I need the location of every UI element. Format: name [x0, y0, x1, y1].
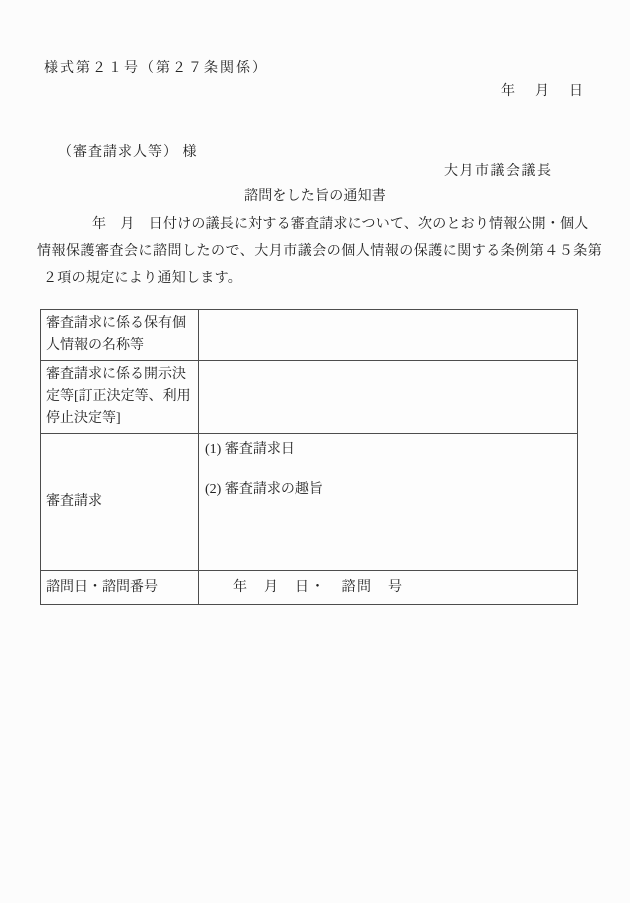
- document-page: 様式第２１号（第２７条関係） 年 月 日 （審査請求人等） 様 大月市議会議長 …: [0, 0, 630, 903]
- row-value-personal-info-name: [199, 310, 578, 361]
- form-number: 様式第２１号（第２７条関係）: [44, 61, 268, 77]
- label-line: 停止決定等]: [46, 408, 193, 430]
- row-label-review-request: 審査請求: [41, 434, 199, 571]
- table-row-consultation-date-number: 諮問日・諮問番号 年 月 日・ 諮問 号: [41, 571, 578, 605]
- notice-table: 審査請求に係る保有個 人情報の名称等 審査請求に係る開示決 定等[訂正決定等、利…: [40, 309, 578, 605]
- review-request-item-1: (1) 審査請求日: [205, 439, 571, 461]
- row-label-personal-info-name: 審査請求に係る保有個 人情報の名称等: [41, 310, 199, 361]
- review-request-item-2: (2) 審査請求の趣旨: [205, 479, 571, 501]
- label-line: 定等[訂正決定等、利用: [46, 386, 193, 408]
- sender: 大月市議会議長: [444, 164, 553, 180]
- label-line: 審査請求に係る開示決: [46, 364, 193, 386]
- row-label-disclosure-decision: 審査請求に係る開示決 定等[訂正決定等、利用 停止決定等]: [41, 361, 199, 434]
- row-value-review-request: (1) 審査請求日 (2) 審査請求の趣旨: [199, 434, 578, 571]
- label-line: 審査請求に係る保有個: [46, 313, 193, 335]
- addressee: （審査請求人等） 様: [58, 145, 198, 161]
- row-value-consultation-date-number: 年 月 日・ 諮問 号: [199, 571, 578, 605]
- label-line: 審査請求: [46, 491, 193, 513]
- body-line-3: ２項の規定により通知します。: [43, 271, 242, 287]
- table-row-personal-info-name: 審査請求に係る保有個 人情報の名称等: [41, 310, 578, 361]
- date-line: 年 月 日: [0, 84, 586, 100]
- row-label-consultation-date-number: 諮問日・諮問番号: [41, 571, 199, 605]
- label-line: 諮問日・諮問番号: [46, 577, 193, 599]
- label-line: 人情報の名称等: [46, 335, 193, 357]
- row-value-disclosure-decision: [199, 361, 578, 434]
- body-line-1: 年 月 日付けの議長に対する審査請求について、次のとおり情報公開・個人: [92, 217, 588, 233]
- table-row-disclosure-decision: 審査請求に係る開示決 定等[訂正決定等、利用 停止決定等]: [41, 361, 578, 434]
- body-line-2: 情報保護審査会に諮問したので、大月市議会の個人情報の保護に関する条例第４５条第: [37, 244, 602, 260]
- document-title: 諮問をした旨の通知書: [0, 189, 630, 205]
- table-row-review-request: 審査請求 (1) 審査請求日 (2) 審査請求の趣旨: [41, 434, 578, 571]
